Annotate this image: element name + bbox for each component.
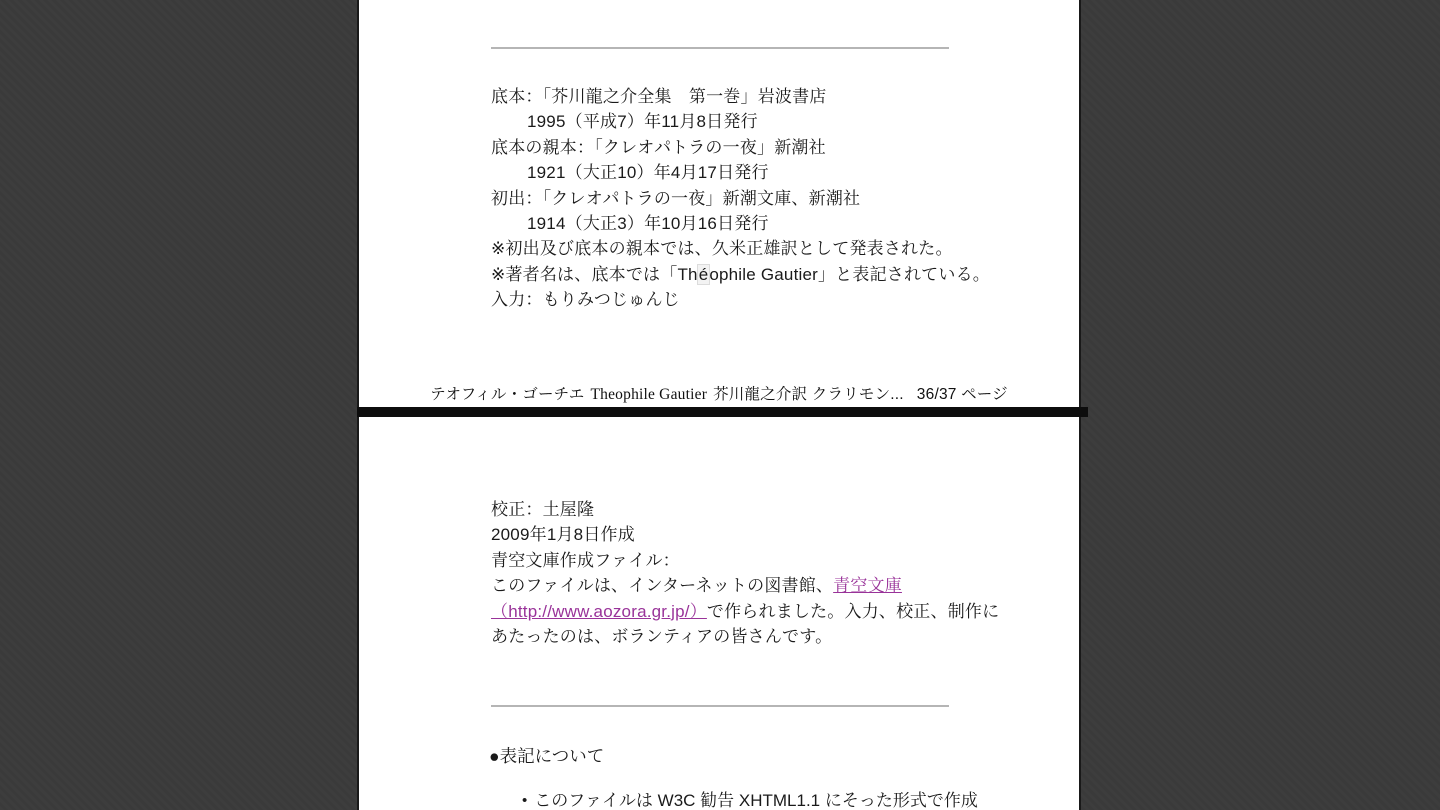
aozora-url-link[interactable]: （http://www.aozora.gr.jp/）	[491, 602, 707, 621]
aozora-paragraph-line-3: あたったのは、ボランティアの皆さんです。	[491, 624, 999, 649]
colophon-block: 底本：「芥川龍之介全集 第一巻」岩波書店 1995（平成7）年11月8日発行 底…	[491, 84, 990, 313]
page-gap-shadow	[357, 407, 1088, 417]
footer-title-latin: Theophile Gautier	[590, 386, 707, 403]
author-note-post: ophile Gautier」と表記されている。	[709, 265, 990, 284]
colophon-line-source-date: 1995（平成7）年11月8日発行	[491, 109, 990, 134]
author-note-pre: ※著者名は、底本では「Th	[491, 265, 698, 284]
credits-line-file: 青空文庫作成ファイル：	[491, 548, 999, 573]
footer-page-indicator: 36/37 ページ	[917, 386, 1008, 403]
separator-rule	[491, 705, 949, 707]
separator-rule	[491, 47, 949, 49]
aozora-paragraph-line-2: （http://www.aozora.gr.jp/）で作られました。入力、校正、…	[491, 599, 999, 624]
footer-title-japanese: テオフィル・ゴーチエ	[430, 386, 584, 403]
aozora-paragraph-line-1: このファイルは、インターネットの図書館、青空文庫	[491, 573, 999, 598]
document-page-column: 底本：「芥川龍之介全集 第一巻」岩波書店 1995（平成7）年11月8日発行 底…	[357, 0, 1081, 810]
notation-section-heading: ●表記について	[489, 743, 604, 768]
notation-list-item: •このファイルは W3C 勧告 XHTML1.1 にそった形式で作成	[522, 786, 978, 810]
credits-line-created: 2009年1月8日作成	[491, 522, 999, 547]
colophon-line-source: 底本：「芥川龍之介全集 第一巻」岩波書店	[491, 84, 990, 109]
footer-title-suffix: 芥川龍之介訳 クラリモン...	[713, 386, 904, 403]
aozora-bunko-link[interactable]: 青空文庫	[833, 576, 902, 595]
colophon-line-first-publication: 初出：「クレオパトラの一夜」新潮文庫、新潮社	[491, 186, 990, 211]
document-page-37: 校正：土屋隆 2009年1月8日作成 青空文庫作成ファイル： このファイルは、イ…	[357, 417, 1081, 810]
colophon-line-parent: 底本の親本：「クレオパトラの一夜」新潮社	[491, 135, 990, 160]
accented-e-glyph: é	[698, 265, 710, 284]
colophon-line-input-credit: 入力：もりみつじゅんじ	[491, 287, 990, 312]
document-page-36: 底本：「芥川龍之介全集 第一巻」岩波書店 1995（平成7）年11月8日発行 底…	[357, 0, 1081, 407]
colophon-note-translator: ※初出及び底本の親本では、久米正雄訳として発表された。	[491, 236, 990, 261]
colophon-line-first-publication-date: 1914（大正3）年10月16日発行	[491, 211, 990, 236]
bullet-icon: •	[522, 792, 527, 809]
colophon-note-author-name: ※著者名は、底本では「Théophile Gautier」と表記されている。	[491, 262, 990, 287]
notation-item-text: このファイルは W3C 勧告 XHTML1.1 にそった形式で作成	[534, 791, 978, 810]
aozora-text-pre: このファイルは、インターネットの図書館、	[491, 576, 833, 595]
aozora-text-mid: で作られました。入力、校正、制作に	[707, 602, 999, 621]
colophon-line-parent-date: 1921（大正10）年4月17日発行	[491, 160, 990, 185]
print-footer: テオフィル・ゴーチエTheophile Gautier芥川龍之介訳 クラリモン.…	[359, 382, 1079, 404]
credits-line-proofreader: 校正：土屋隆	[491, 497, 999, 522]
credits-block: 校正：土屋隆 2009年1月8日作成 青空文庫作成ファイル： このファイルは、イ…	[491, 497, 999, 649]
